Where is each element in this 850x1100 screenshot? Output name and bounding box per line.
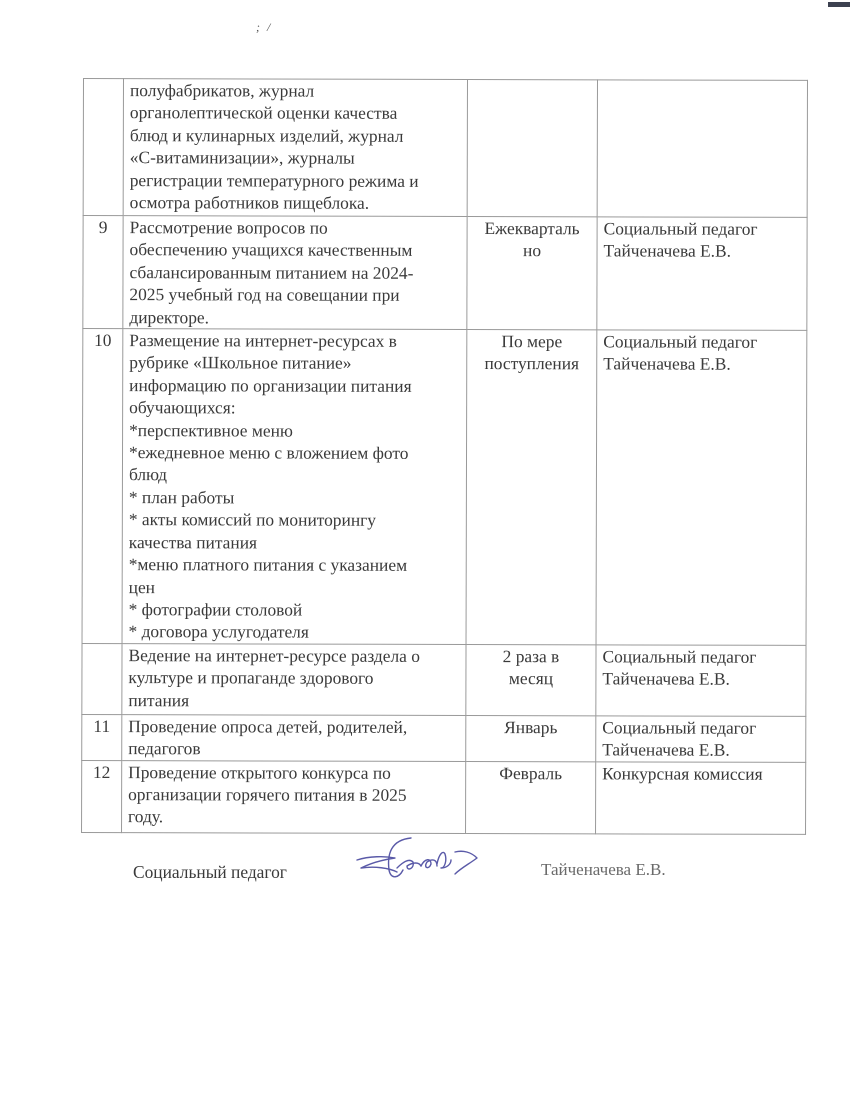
table-row: Ведение на интернет-ресурсе раздела окул…: [82, 643, 806, 716]
timing-cell: Ежеквартально: [467, 217, 597, 330]
responsible-text-line: Социальный педагог: [603, 330, 800, 353]
table-row: полуфабрикатов, журналорганолептической …: [83, 79, 807, 218]
activity-text-line: осмотра работников пищеблока.: [130, 191, 461, 214]
row-number: 9: [83, 216, 123, 329]
row-number: 11: [82, 714, 122, 760]
activity-text-line: *перспективное меню: [129, 419, 460, 442]
activity-cell: Проведение опроса детей, родителей,педаг…: [122, 714, 466, 761]
table-row: 11 Проведение опроса детей, родителей,пе…: [82, 714, 806, 762]
activity-text-line: *ежедневное меню с вложением фото: [129, 441, 460, 464]
responsible-text-line: Тайченачева Е.В.: [604, 240, 801, 263]
timing-text-line: Ежекварталь: [474, 217, 591, 240]
timing-text-line: но: [474, 239, 591, 262]
row-number: [82, 643, 122, 714]
signatory-name: Тайченачева Е.В.: [541, 860, 666, 880]
activity-text-line: рубрике «Школьное питание»: [129, 352, 460, 375]
activity-text-line: питания: [128, 689, 459, 712]
activity-text-line: культуре и пропаганде здорового: [128, 666, 459, 689]
responsible-cell: Социальный педагогТайченачева Е.В.: [597, 217, 807, 331]
activity-text-line: блюд и кулинарных изделий, журнал: [130, 124, 461, 147]
timing-cell: 2 раза вмесяц: [466, 644, 596, 715]
row-number: 10: [82, 329, 123, 644]
activity-text-line: «С-витаминизации», журналы: [130, 146, 461, 169]
activity-text-line: информацию по организации питания: [129, 374, 460, 397]
timing-cell: Январь: [466, 715, 596, 761]
timing-text-line: По мере: [473, 330, 590, 353]
activity-plan-table: полуфабрикатов, журналорганолептической …: [81, 78, 808, 834]
activity-cell: полуфабрикатов, журналорганолептической …: [123, 79, 467, 217]
responsible-text-line: Социальный педагог: [602, 645, 799, 668]
activity-cell: Рассмотрение вопросов пообеспечению учащ…: [123, 216, 467, 330]
activity-text-line: * фотографии столовой: [129, 598, 460, 621]
activity-text-line: организации горячего питания в 2025: [128, 783, 459, 806]
activity-text-line: году.: [128, 805, 459, 828]
activity-text-line: Проведение опроса детей, родителей,: [128, 715, 459, 738]
table-row: 9 Рассмотрение вопросов пообеспечению уч…: [83, 216, 807, 331]
responsible-text-line: Социальный педагог: [602, 716, 799, 739]
table-row: 12 Проведение открытого конкурса поорган…: [82, 760, 806, 834]
row-number: [83, 79, 123, 216]
activity-text-line: цен: [129, 576, 460, 599]
responsible-cell: Социальный педагогТайченачева Е.В.: [596, 645, 806, 717]
activity-text-line: Рассмотрение вопросов по: [130, 216, 461, 239]
timing-text-line: Февраль: [472, 762, 589, 785]
activity-text-line: Проведение открытого конкурса по: [128, 761, 459, 784]
responsible-cell: Конкурсная комиссия: [596, 761, 806, 834]
scan-artifact-bar: [828, 2, 850, 7]
timing-text-line: 2 раза в: [472, 645, 589, 668]
timing-text-line: поступления: [473, 352, 590, 375]
activity-text-line: обеспечению учащихся качественным: [130, 239, 461, 262]
activity-text-line: *меню платного питания с указанием: [129, 553, 460, 576]
activity-text-line: директоре.: [129, 306, 460, 329]
activity-text-line: регистрации температурного режима и: [130, 169, 461, 192]
timing-cell: [467, 80, 597, 217]
activity-text-line: блюд: [129, 464, 460, 487]
signature-block: Социальный педагог Тайченачева Е.В.: [133, 858, 733, 898]
timing-cell: Февраль: [466, 761, 596, 833]
signatory-title: Социальный педагог: [133, 862, 287, 883]
responsible-text-line: Тайченачева Е.В.: [602, 667, 799, 690]
activity-text-line: Ведение на интернет-ресурсе раздела о: [128, 644, 459, 667]
handwritten-signature-icon: [351, 834, 491, 892]
responsible-text-line: Тайченачева Е.В.: [602, 738, 799, 761]
activity-text-line: Размещение на интернет-ресурсах в: [129, 329, 460, 352]
activity-text-line: * план работы: [129, 486, 460, 509]
responsible-cell: Социальный педагогТайченачева Е.В.: [596, 716, 806, 762]
responsible-cell: [597, 80, 807, 218]
activity-cell: Ведение на интернет-ресурсе раздела окул…: [122, 643, 466, 715]
timing-text-line: Январь: [472, 716, 589, 739]
activity-cell: Проведение открытого конкурса поорганиза…: [122, 760, 466, 833]
row-number: 12: [82, 760, 122, 832]
responsible-text-line: Социальный педагог: [604, 217, 801, 240]
activity-text-line: педагогов: [128, 737, 459, 760]
activity-text-line: сбалансированным питанием на 2024-: [129, 261, 460, 284]
activity-text-line: * акты комиссий по мониторингу: [129, 508, 460, 531]
responsible-text-line: Тайченачева Е.В.: [603, 353, 800, 376]
activity-text-line: обучающихся:: [129, 396, 460, 419]
activity-cell: Размещение на интернет-ресурсах врубрике…: [122, 329, 467, 645]
timing-cell: По мерепоступления: [466, 330, 597, 645]
activity-text-line: качества питания: [129, 531, 460, 554]
activity-text-line: органолептической оценки качества: [130, 102, 461, 125]
table-row: 10 Размещение на интернет-ресурсах врубр…: [82, 329, 807, 646]
responsible-cell: Социальный педагогТайченачева Е.В.: [596, 330, 807, 645]
timing-text-line: месяц: [472, 667, 589, 690]
activity-text-line: 2025 учебный год на совещании при: [129, 283, 460, 306]
activity-text-line: полуфабрикатов, журнал: [130, 79, 461, 102]
scan-artifact-mark: ; /: [256, 20, 272, 35]
activity-text-line: * договора услугодателя: [129, 620, 460, 643]
responsible-text-line: Конкурсная комиссия: [602, 762, 799, 785]
